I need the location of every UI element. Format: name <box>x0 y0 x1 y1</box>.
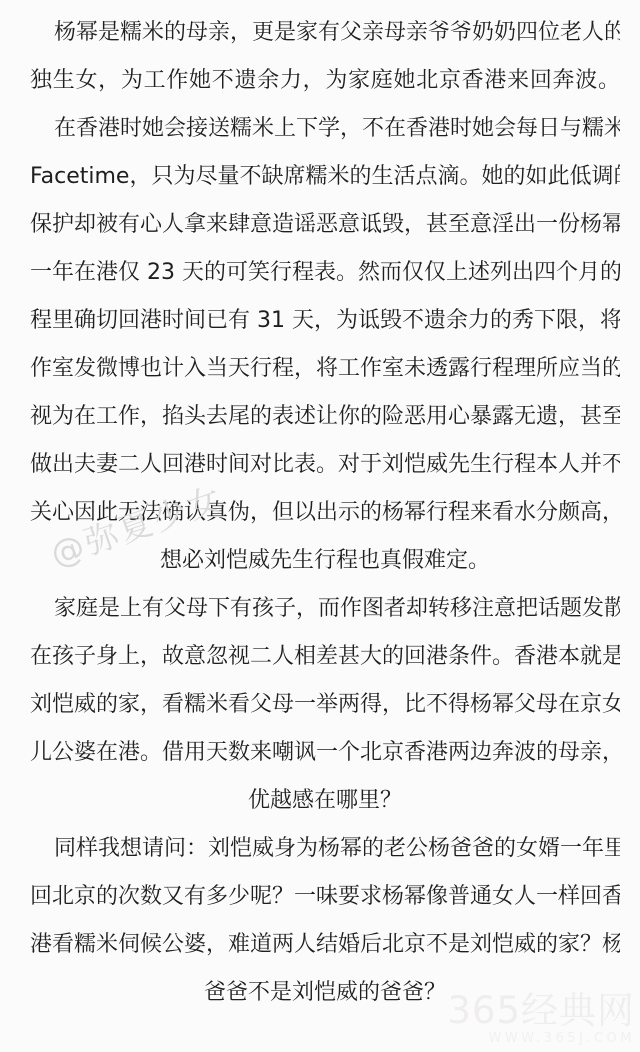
text-line: 港看糯米伺候公婆，难道两人结婚后北京不是刘恺威的家？杨 <box>30 921 620 969</box>
text-line: 在香港时她会接送糯米上下学，不在香港时她会每日与糯米 <box>30 105 620 153</box>
text-line: 保护却被有心人拿来肆意造谣恶意诋毁，甚至意淫出一份杨幂 <box>30 201 620 249</box>
article-text: 杨幂是糯米的母亲，更是家有父亲母亲爷爷奶奶四位老人的独生女，为工作她不遗余力，为… <box>30 9 620 1017</box>
site-watermark-url: WWW.365J.COM <box>447 1031 635 1046</box>
text-line: 家庭是上有父母下有孩子，而作图者却转移注意把话题发散 <box>30 585 620 633</box>
text-line: 爸爸不是刘恺威的爸爸？ <box>30 969 620 1017</box>
text-line: 在孩子身上，故意忽视二人相差甚大的回港条件。香港本就是 <box>30 633 620 681</box>
text-line: 刘恺威的家，看糯米看父母一举两得，比不得杨幂父母在京女 <box>30 681 620 729</box>
text-line: 程里确切回港时间已有 31 天，为诋毁不遗余力的秀下限，将工 <box>30 297 620 345</box>
text-line: 回北京的次数又有多少呢？一味要求杨幂像普通女人一样回香 <box>30 873 620 921</box>
text-line: 杨幂是糯米的母亲，更是家有父亲母亲爷爷奶奶四位老人的 <box>30 9 620 57</box>
text-line: 作室发微博也计入当天行程，将工作室未透露行程理所应当的 <box>30 345 620 393</box>
text-line: 做出夫妻二人回港时间对比表。对于刘恺威先生行程本人并不 <box>30 441 620 489</box>
text-line: 一年在港仅 23 天的可笑行程表。然而仅仅上述列出四个月的行 <box>30 249 620 297</box>
text-line: 儿公婆在港。借用天数来嘲讽一个北京香港两边奔波的母亲， <box>30 729 620 777</box>
text-line: 独生女，为工作她不遗余力，为家庭她北京香港来回奔波。 <box>30 57 620 105</box>
text-line: 想必刘恺威先生行程也真假难定。 <box>30 537 620 585</box>
text-line: 同样我想请问：刘恺威身为杨幂的老公杨爸爸的女婿一年里 <box>30 825 620 873</box>
text-line: 优越感在哪里？ <box>30 777 620 825</box>
text-line: Facetime，只为尽量不缺席糯米的生活点滴。她的如此低调的 <box>30 153 620 201</box>
text-line: 视为在工作，掐头去尾的表述让你的险恶用心暴露无遗，甚至 <box>30 393 620 441</box>
article-page: 杨幂是糯米的母亲，更是家有父亲母亲爷爷奶奶四位老人的独生女，为工作她不遗余力，为… <box>0 0 640 1052</box>
text-line: 关心因此无法确认真伪，但以出示的杨幂行程来看水分颇高， <box>30 489 620 537</box>
